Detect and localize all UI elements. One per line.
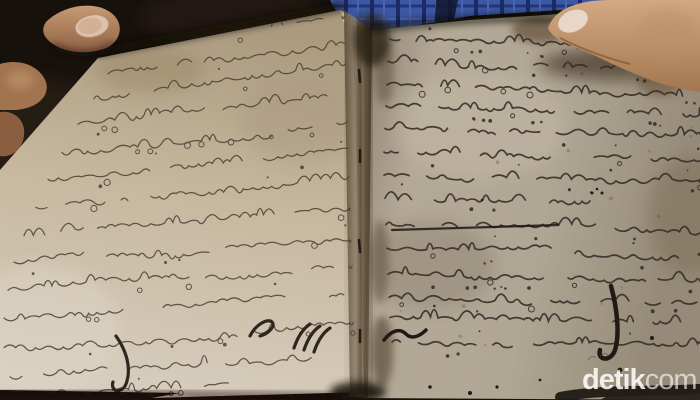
diacritic-dot [490, 260, 492, 262]
diacritic-dot [218, 68, 220, 70]
paper-speckle [400, 310, 402, 312]
hand-shading [638, 8, 698, 52]
watermark-bold: detik [582, 364, 645, 396]
diacritic-dot [164, 261, 167, 264]
diacritic-dot [32, 272, 35, 275]
diacritic-dot [534, 237, 537, 240]
diacritic-dot [428, 27, 431, 30]
diacritic-dot [401, 183, 403, 185]
photo-art [0, 0, 700, 400]
diacritic-dot [697, 148, 700, 151]
diacritic-dot [640, 266, 644, 270]
diacritic-dot [540, 55, 542, 57]
finger-highlight [6, 70, 34, 90]
diacritic-dot [562, 143, 566, 147]
diacritic-dot [99, 184, 103, 188]
diacritic-dot [97, 133, 100, 136]
diacritic-dot [531, 121, 534, 124]
diacritic-dot [223, 343, 227, 347]
diacritic-dot [518, 164, 520, 166]
diacritic-dot [632, 242, 634, 244]
paper-speckle [588, 90, 591, 93]
diacritic-dot [476, 310, 478, 312]
diacritic-dot [674, 309, 678, 313]
diacritic-dot [457, 352, 460, 355]
paper-speckle [648, 150, 651, 153]
diacritic-dot [138, 378, 140, 380]
diacritic-dot [633, 238, 636, 241]
paper-speckle [609, 197, 613, 201]
diacritic-dot [433, 305, 436, 308]
diacritic-dot [466, 286, 470, 290]
diacritic-dot [540, 121, 543, 124]
diacritic-dot [300, 166, 304, 170]
diacritic-dot [472, 117, 475, 120]
diacritic-dot [659, 125, 661, 127]
diacritic-dot [89, 353, 92, 356]
diacritic-dot [629, 333, 631, 335]
paper-speckle [689, 135, 692, 138]
detikcom-watermark: detikcom [582, 366, 696, 395]
diacritic-dot [648, 121, 651, 124]
diacritic-dot [687, 170, 689, 172]
manuscript-photo: detikcom [0, 0, 700, 400]
paper-speckle [657, 215, 661, 219]
diacritic-dot [155, 153, 157, 155]
paper-speckle [462, 305, 466, 309]
diacritic-dot [568, 188, 571, 191]
diacritic-dot [494, 235, 496, 237]
diacritic-dot [643, 79, 647, 83]
paper-speckle [459, 335, 462, 338]
diacritic-dot [446, 354, 450, 358]
diacritic-dot [691, 189, 694, 192]
paper-speckle [567, 149, 571, 153]
diacritic-dot [431, 285, 435, 289]
diacritic-dot [479, 50, 483, 54]
diacritic-dot [494, 288, 496, 290]
diacritic-dot [653, 122, 657, 126]
diacritic-dot [527, 52, 529, 54]
diacritic-dot [685, 101, 688, 104]
diacritic-dot [500, 286, 502, 288]
diacritic-dot [492, 209, 495, 212]
diacritic-dot [431, 164, 434, 167]
diacritic-dot [274, 283, 277, 286]
diacritic-dot [473, 286, 477, 290]
paper-speckle [692, 126, 694, 128]
diacritic-dot [470, 207, 474, 211]
watermark-light: com [645, 364, 697, 396]
diacritic-dot [488, 119, 492, 123]
diacritic-dot [267, 176, 269, 178]
diacritic-dot [178, 259, 180, 261]
diacritic-dot [693, 102, 696, 105]
diacritic-dot [471, 51, 474, 54]
diacritic-dot [171, 345, 174, 348]
diacritic-dot [527, 286, 531, 290]
diacritic-dot [532, 74, 535, 77]
diacritic-dot [609, 169, 612, 172]
diacritic-dot [484, 262, 486, 264]
diacritic-dot [504, 287, 507, 290]
diacritic-dot [340, 141, 342, 143]
paper-speckle [621, 286, 623, 288]
diacritic-dot [482, 119, 485, 122]
gutter-top-stain [354, 14, 390, 66]
diacritic-dot [479, 330, 481, 332]
diacritic-dot [615, 144, 617, 146]
paper-speckle [496, 160, 500, 164]
diacritic-dot [344, 224, 346, 226]
paper-speckle [475, 85, 478, 88]
diacritic-dot [651, 309, 655, 313]
paper-speckle [484, 344, 486, 346]
diacritic-dot [689, 290, 693, 294]
paper-speckle [601, 303, 603, 305]
